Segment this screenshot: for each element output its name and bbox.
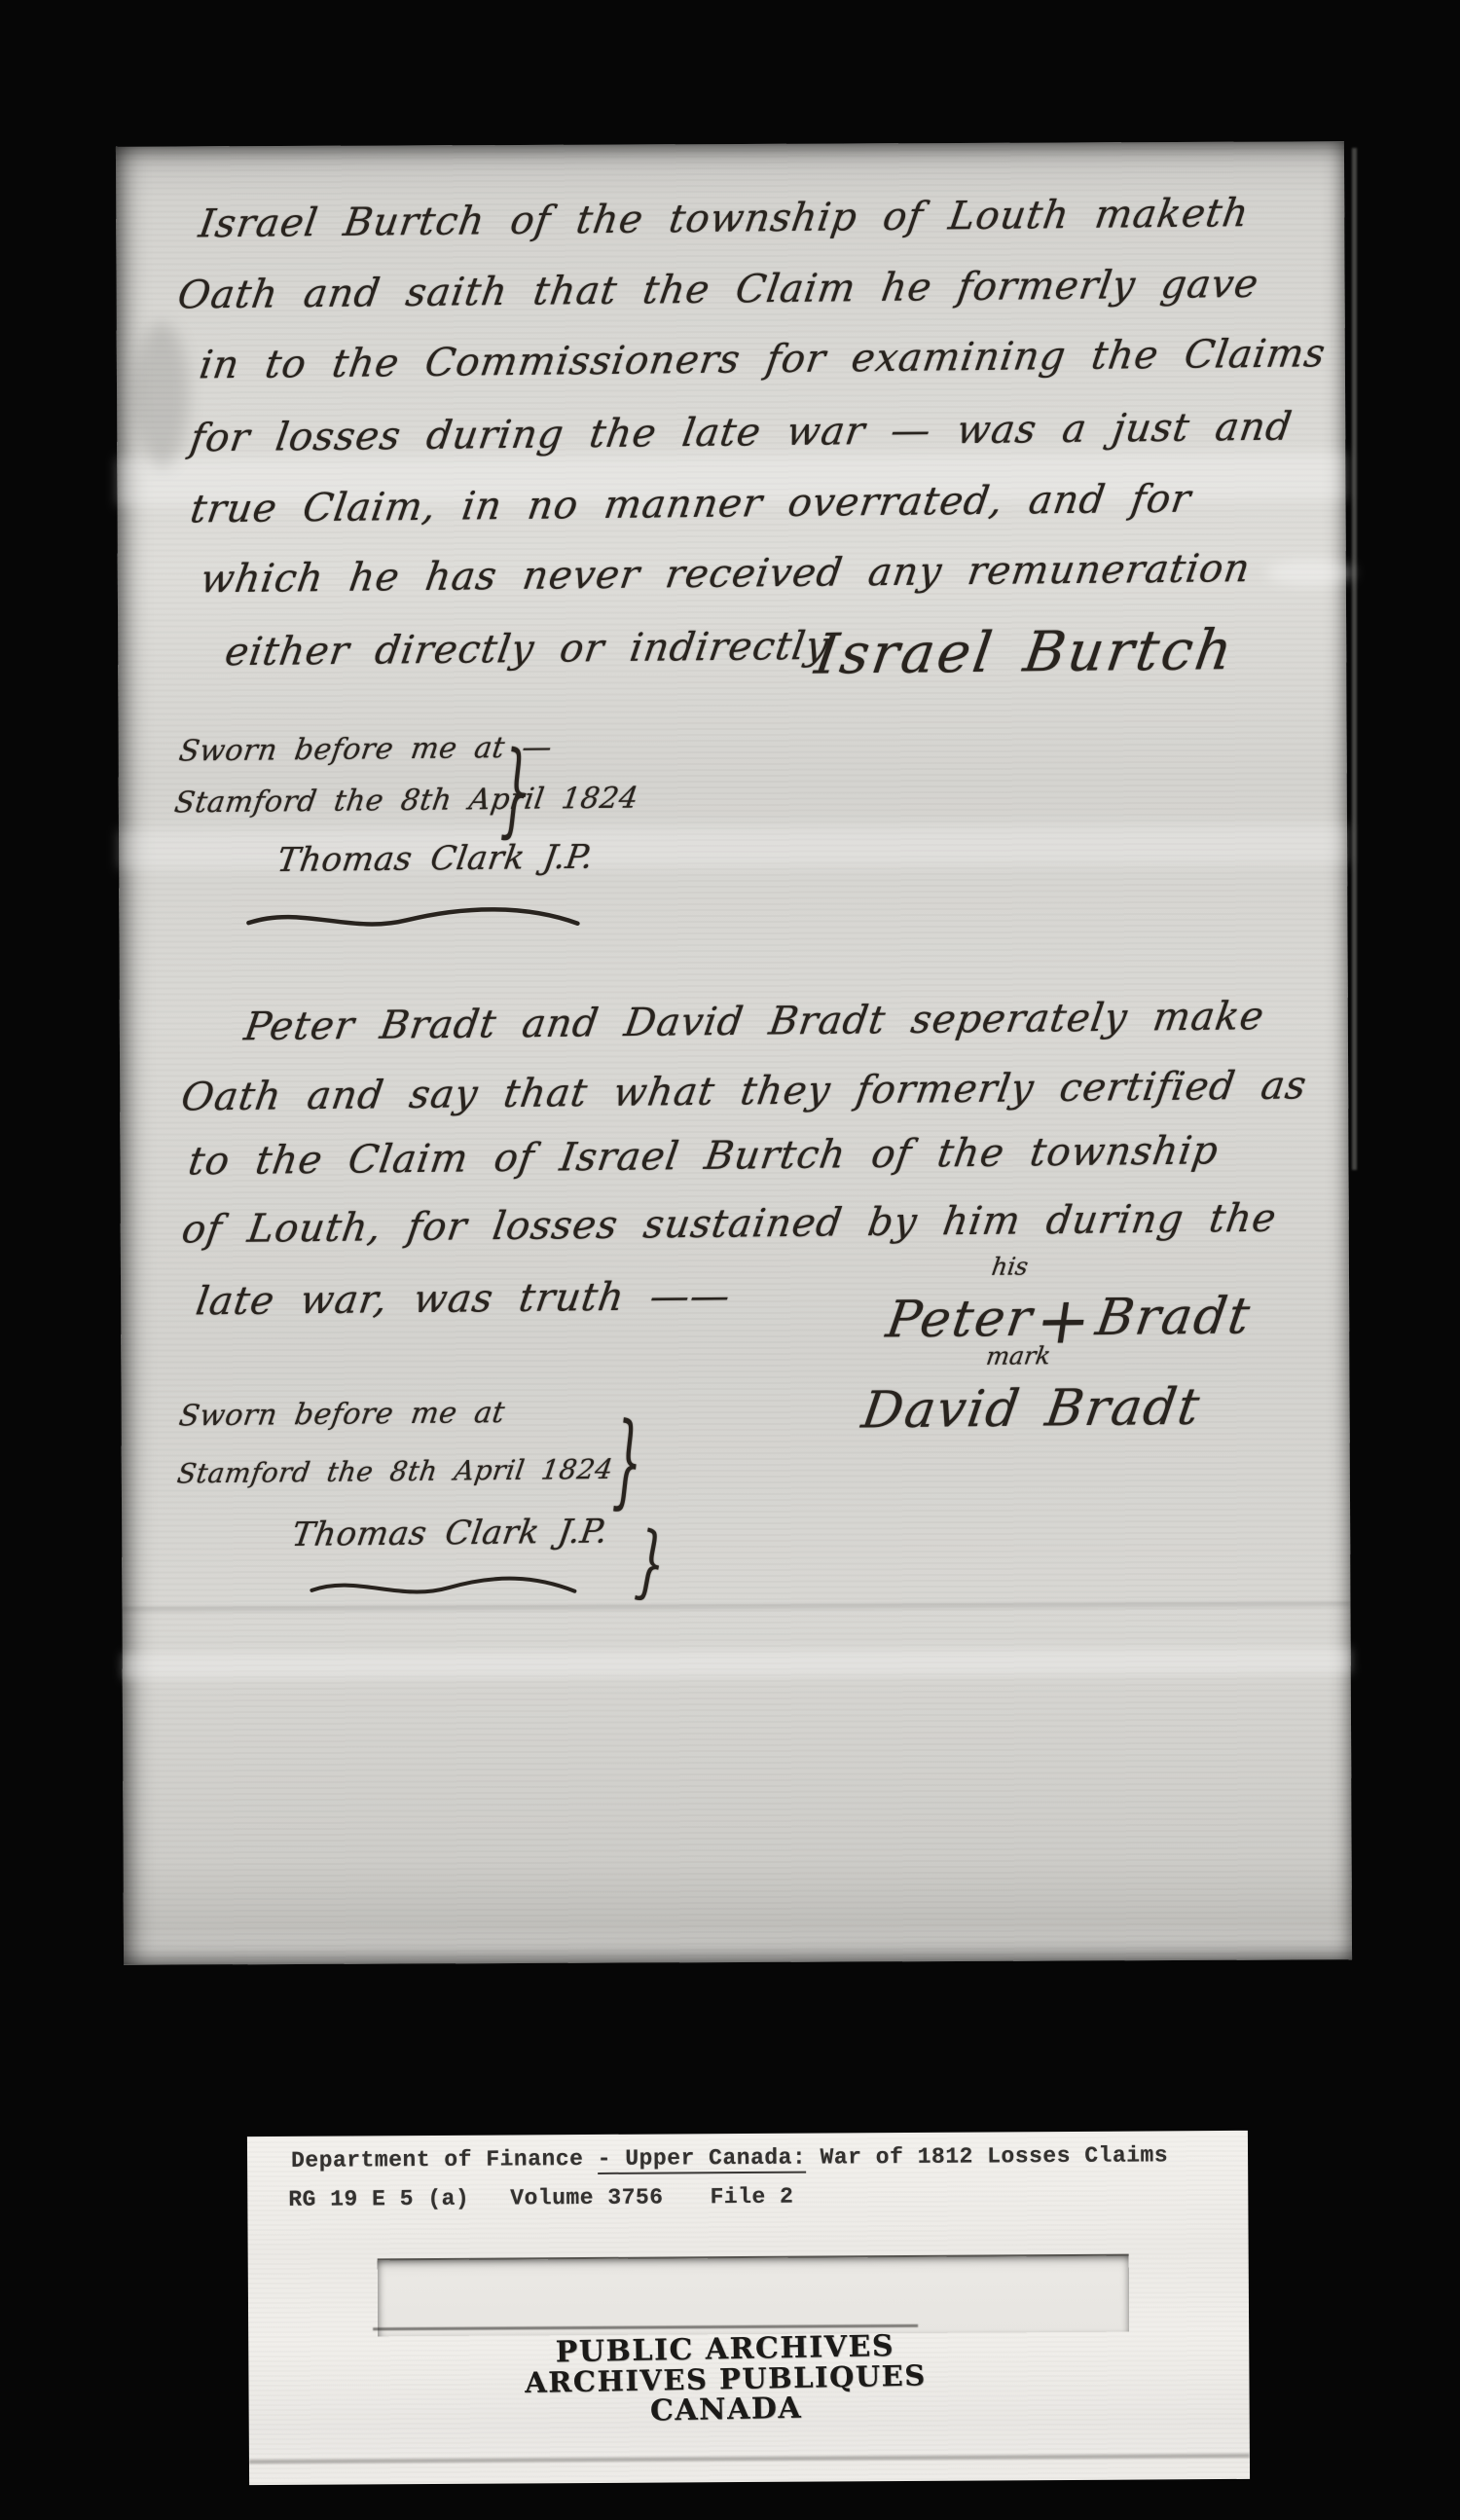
affidavit2-line-5: late war, was truth —— — [193, 1274, 733, 1325]
jurat1-justice-signature: Thomas Clark J.P. — [274, 838, 596, 880]
label-dept: Department of Finance — [291, 2146, 598, 2173]
paper-smudge — [1266, 560, 1354, 585]
microfilm-scan-background: Israel Burtch of the township of Louth m… — [0, 0, 1460, 2520]
jurat2-justice-signature: Thomas Clark J.P. — [289, 1513, 610, 1554]
jurat1-place-date-line: Stamford the 8th April 1824 — [172, 782, 640, 821]
label-file: File 2 — [710, 2184, 793, 2210]
affidavit2-line-1: Peter Bradt and David Bradt seperately m… — [241, 994, 1267, 1049]
page-edge-highlight — [1352, 148, 1357, 1170]
label-upper-canada: - Upper Canada: — [598, 2145, 807, 2174]
affidavit1-line-1: Israel Burtch of the township of Louth m… — [196, 191, 1252, 246]
david-bradt-signature: David Bradt — [858, 1378, 1205, 1441]
affidavit2-line-3: to the Claim of Israel Burtch of the tow… — [186, 1128, 1223, 1184]
affidavit1-line-4: for losses during the late war — was a j… — [187, 405, 1295, 461]
affidavit2-line-2: Oath and say that what they formerly cer… — [178, 1063, 1309, 1119]
label-rg-number: RG 19 E 5 (a) — [288, 2186, 469, 2212]
affidavit1-line-2: Oath and saith that the Claim he formerl… — [175, 262, 1262, 318]
label-typed-line1: Department of Finance - Upper Canada: Wa… — [291, 2142, 1168, 2173]
bradt-name: Bradt — [1092, 1287, 1255, 1347]
peter-bradt-signature: Peter+Bradt — [882, 1273, 1257, 1352]
affidavit1-line-3: in to the Commissioners for examining th… — [197, 331, 1329, 387]
his-mark-label-below: mark — [984, 1341, 1052, 1370]
israel-burtch-signature: Israel Burtch — [811, 618, 1239, 687]
document-page: Israel Burtch of the township of Louth m… — [116, 141, 1352, 1964]
archive-label-card: Department of Finance - Upper Canada: Wa… — [247, 2131, 1250, 2485]
archives-stamp: PUBLIC ARCHIVES ARCHIVES PUBLIQUES CANAD… — [225, 2325, 1227, 2434]
jurat2-brace-lower: } — [633, 1512, 668, 1612]
affidavit1-line-7: either directly or indirectly — [222, 624, 831, 676]
label-inset-panel — [378, 2254, 1129, 2337]
label-volume: Volume 3756 — [510, 2185, 663, 2211]
jurat1-sworn-line: Sworn before me at — — [177, 730, 555, 768]
jurat2-place-date-line: Stamford the 8th April 1824 — [175, 1453, 615, 1490]
affidavit1-line-5: true Claim, in no manner overrated, and … — [188, 477, 1194, 532]
peter-name: Peter — [883, 1290, 1038, 1350]
label-war-claims: War of 1812 Losses Claims — [806, 2142, 1168, 2170]
signature-flourish — [242, 902, 583, 937]
label-typed-line2: RG 19 E 5 (a)Volume 3756File 2 — [288, 2184, 793, 2212]
affidavit2-line-4: of Louth, for losses sustained by him du… — [179, 1196, 1280, 1253]
signature-flourish — [307, 1574, 579, 1604]
jurat2-brace: } — [611, 1398, 642, 1522]
affidavit1-line-6: which he has never received any remunera… — [198, 546, 1254, 602]
paper-smudge — [134, 321, 190, 467]
jurat2-sworn-line: Sworn before me at — [177, 1396, 507, 1434]
card-bottom-streak — [249, 2454, 1250, 2464]
jurat1-brace: } — [499, 727, 530, 852]
paper-crease — [123, 1648, 1351, 1679]
